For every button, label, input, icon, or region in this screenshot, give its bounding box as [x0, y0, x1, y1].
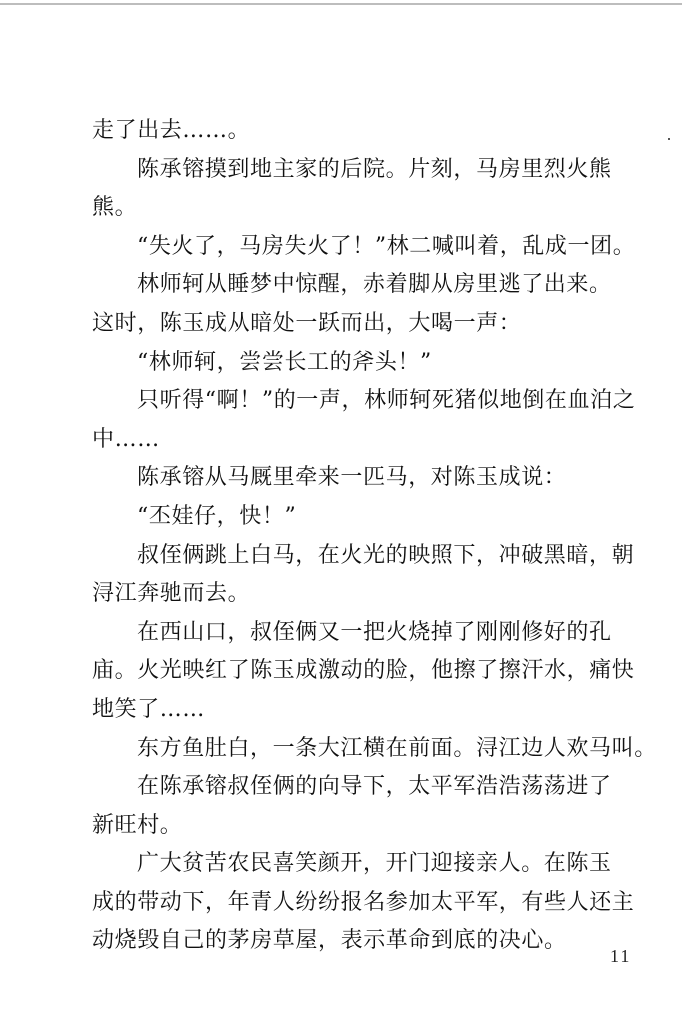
- text-line: 新旺村。: [92, 807, 632, 846]
- text-line: 在西山口，叔侄俩又一把火烧掉了刚刚修好的孔: [92, 614, 632, 653]
- text-line: 动烧毁自己的茅房草屋，表示革命到底的决心。: [92, 922, 632, 961]
- text-line: 地笑了……: [92, 691, 632, 730]
- text-line: “失火了，马房失火了！”林二喊叫着，乱成一团。: [92, 228, 632, 267]
- text-line: 在陈承镕叔侄俩的向导下，太平军浩浩荡荡进了: [92, 768, 632, 807]
- text-line: 熊。: [92, 189, 632, 228]
- text-line: 中……: [92, 421, 632, 460]
- scan-top-edge: [0, 3, 682, 5]
- text-line: “丕娃仔，快！”: [92, 498, 632, 537]
- text-line: 浔江奔驰而去。: [92, 575, 632, 614]
- text-line: 陈承镕从马厩里牵来一匹马，对陈玉成说：: [92, 459, 632, 498]
- text-line: 叔侄俩跳上白马，在火光的映照下，冲破黑暗，朝: [92, 537, 632, 576]
- text-line: 走了出去……。: [92, 112, 632, 151]
- text-line: 庙。火光映红了陈玉成激动的脸，他擦了擦汗水，痛快: [92, 652, 632, 691]
- text-line: 陈承镕摸到地主家的后院。片刻，马房里烈火熊: [92, 151, 632, 190]
- text-line: “林师轲，尝尝长工的斧头！”: [92, 344, 632, 383]
- text-line: 这时，陈玉成从暗处一跃而出，大喝一声：: [92, 305, 632, 344]
- page-text-body: 走了出去……。 陈承镕摸到地主家的后院。片刻，马房里烈火熊 熊。 “失火了，马房…: [92, 112, 632, 961]
- text-line: 只听得“啊！”的一声，林师轲死猪似地倒在血泊之: [92, 382, 632, 421]
- text-line: 林师轲从睡梦中惊醒，赤着脚从房里逃了出来。: [92, 266, 632, 305]
- scan-speck: [668, 138, 670, 140]
- text-line: 成的带动下，年青人纷纷报名参加太平军，有些人还主: [92, 884, 632, 923]
- text-line: 广大贫苦农民喜笑颜开，开门迎接亲人。在陈玉: [92, 845, 632, 884]
- text-line: 东方鱼肚白，一条大江横在前面。浔江边人欢马叫。: [92, 730, 632, 769]
- page-number: 11: [610, 946, 631, 967]
